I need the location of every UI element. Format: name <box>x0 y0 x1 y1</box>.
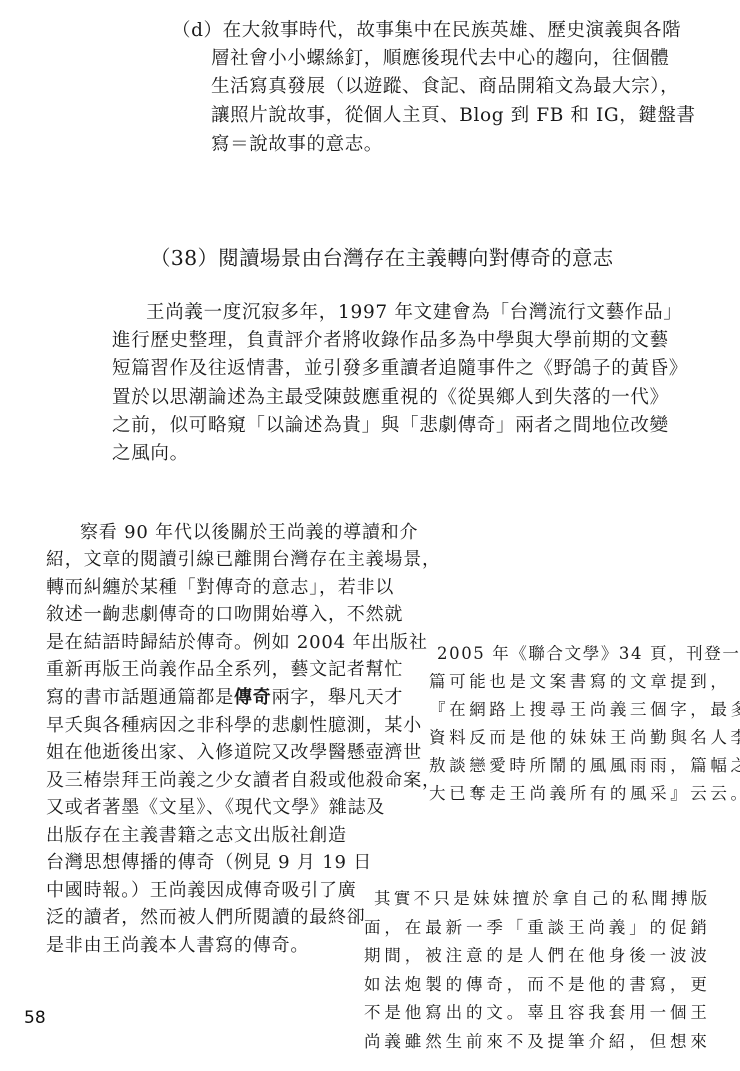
document-page: （d）在大敘事時代，故事集中在民族英雄、歷史演義與各階 層社會小小螺絲釘，順應後… <box>0 0 740 1071</box>
paragraph-2-line: 中國時報。）王尚義因成傳奇吸引了廣 <box>46 876 357 902</box>
paragraph-2-line: 察看 90 年代以後關於王尚義的導讀和介 <box>80 518 418 544</box>
page-number: 58 <box>24 1008 46 1028</box>
paragraph-2-line: 泛的讀者，然而被人們所閱讀的最終卻 <box>46 903 366 929</box>
paragraph-2-line: 早夭與各種病因之非科學的悲劇性臆測，某小 <box>46 711 422 737</box>
section-heading: （38）閱讀場景由台灣存在主義轉向對傳奇的意志 <box>150 241 613 271</box>
side-note-2-line: 其實不只是妹妹擅於拿自己的私聞搏版 <box>374 885 711 909</box>
paragraph-2-line: 寫的書市話題通篇都是傳奇兩字，舉凡天才 <box>46 683 403 709</box>
paragraph-2-line: 重新再版王尚義作品全系列，藝文記者幫忙 <box>46 655 403 681</box>
list-item-d-line: 生活寫真發展（以遊蹤、食記、商品開箱文為最大宗）， <box>211 72 679 98</box>
side-note-1-line: 敖談戀愛時所鬧的風風雨雨，篇幅之 <box>429 752 740 776</box>
paragraph-1-line: 短篇習作及往返情書，並引發多重讀者追隨事件之《野鴿子的黃昏》 <box>112 354 688 380</box>
paragraph-2-line: 是非由王尚義本人書寫的傳奇。 <box>46 931 309 957</box>
text-run: 兩字，舉凡天才 <box>272 687 404 708</box>
side-note-2-line: 面，在最新一季「重談王尚義」的促銷 <box>364 914 711 938</box>
paragraph-1-line: 置於以思潮論述為主最受陳鼓應重視的《從異鄉人到失落的一代》 <box>112 383 669 409</box>
paragraph-2-line: 紹，文章的閱讀引線已離開台灣存在主義場景， <box>46 545 441 571</box>
paragraph-1-line: 之前，似可略窺「以論述為貴」與「悲劇傳奇」兩者之間地位改變 <box>112 411 669 437</box>
paragraph-2-line: 出版存在主義書籍之志文出版社創造 <box>46 821 347 847</box>
list-item-d-line: 層社會小小螺絲釘，順應後現代去中心的趨向，往個體 <box>211 44 669 70</box>
paragraph-2-line: 姐在他逝後出家、入修道院又改學醫懸壺濟世 <box>46 738 422 764</box>
side-note-2-line: 不是他寫出的文。辜且容我套用一個王 <box>364 999 711 1023</box>
list-item-d-line: 讓照片說故事，從個人主頁、Blog 到 FB 和 IG，鍵盤書 <box>211 101 696 127</box>
side-note-1-line: 資料反而是他的妹妹王尚勤與名人李 <box>429 724 740 748</box>
paragraph-2-line: 轉而糾纏於某種「對傳奇的意志」，若非以 <box>46 573 394 599</box>
text-run: 寫的書市話題通篇都是 <box>46 687 234 708</box>
paragraph-2-line: 台灣思想傳播的傳奇（例見 9 月 19 日 <box>46 848 372 874</box>
side-note-2-line: 尚義雖然生前來不及提筆介紹，但想來 <box>364 1028 711 1052</box>
side-note-2-line: 期間，被注意的是人們在他身後一波波 <box>364 942 711 966</box>
emphasis-text: 傳奇 <box>234 687 272 708</box>
list-item-d-line: 寫＝說故事的意志。 <box>211 130 383 156</box>
paragraph-1-line: 進行歷史整理，負責評介者將收錄作品多為中學與大學前期的文藝 <box>112 326 669 352</box>
side-note-2-line: 如法炮製的傳奇，而不是他的書寫，更 <box>364 971 711 995</box>
side-note-1-line: 2005 年《聯合文學》34 頁，刊登一 <box>437 640 740 664</box>
paragraph-1-line: 王尚義一度沉寂多年，1997 年文建會為「台灣流行文藝作品」 <box>146 298 682 324</box>
paragraph-1-line: 之風向。 <box>112 439 189 465</box>
side-note-1-line: 大已奪走王尚義所有的風采』云云。 <box>429 780 740 804</box>
list-item-d-line: （d）在大敘事時代，故事集中在民族英雄、歷史演義與各階 <box>172 16 681 42</box>
paragraph-2-line: 敘述一齣悲劇傳奇的口吻開始導入，不然就 <box>46 600 403 626</box>
paragraph-2-line: 又或者著墨《文星》、《現代文學》雜誌及 <box>46 793 385 819</box>
paragraph-2-line: 及三椿崇拜王尚義之少女讀者自殺或他殺命案， <box>46 766 441 792</box>
side-note-1-line: 『在網路上搜尋王尚義三個字，最多 <box>429 696 740 720</box>
side-note-1-line: 篇可能也是文案書寫的文章提到， <box>429 668 731 692</box>
paragraph-2-line: 是在結語時歸結於傳奇。例如 2004 年出版社 <box>46 628 428 654</box>
